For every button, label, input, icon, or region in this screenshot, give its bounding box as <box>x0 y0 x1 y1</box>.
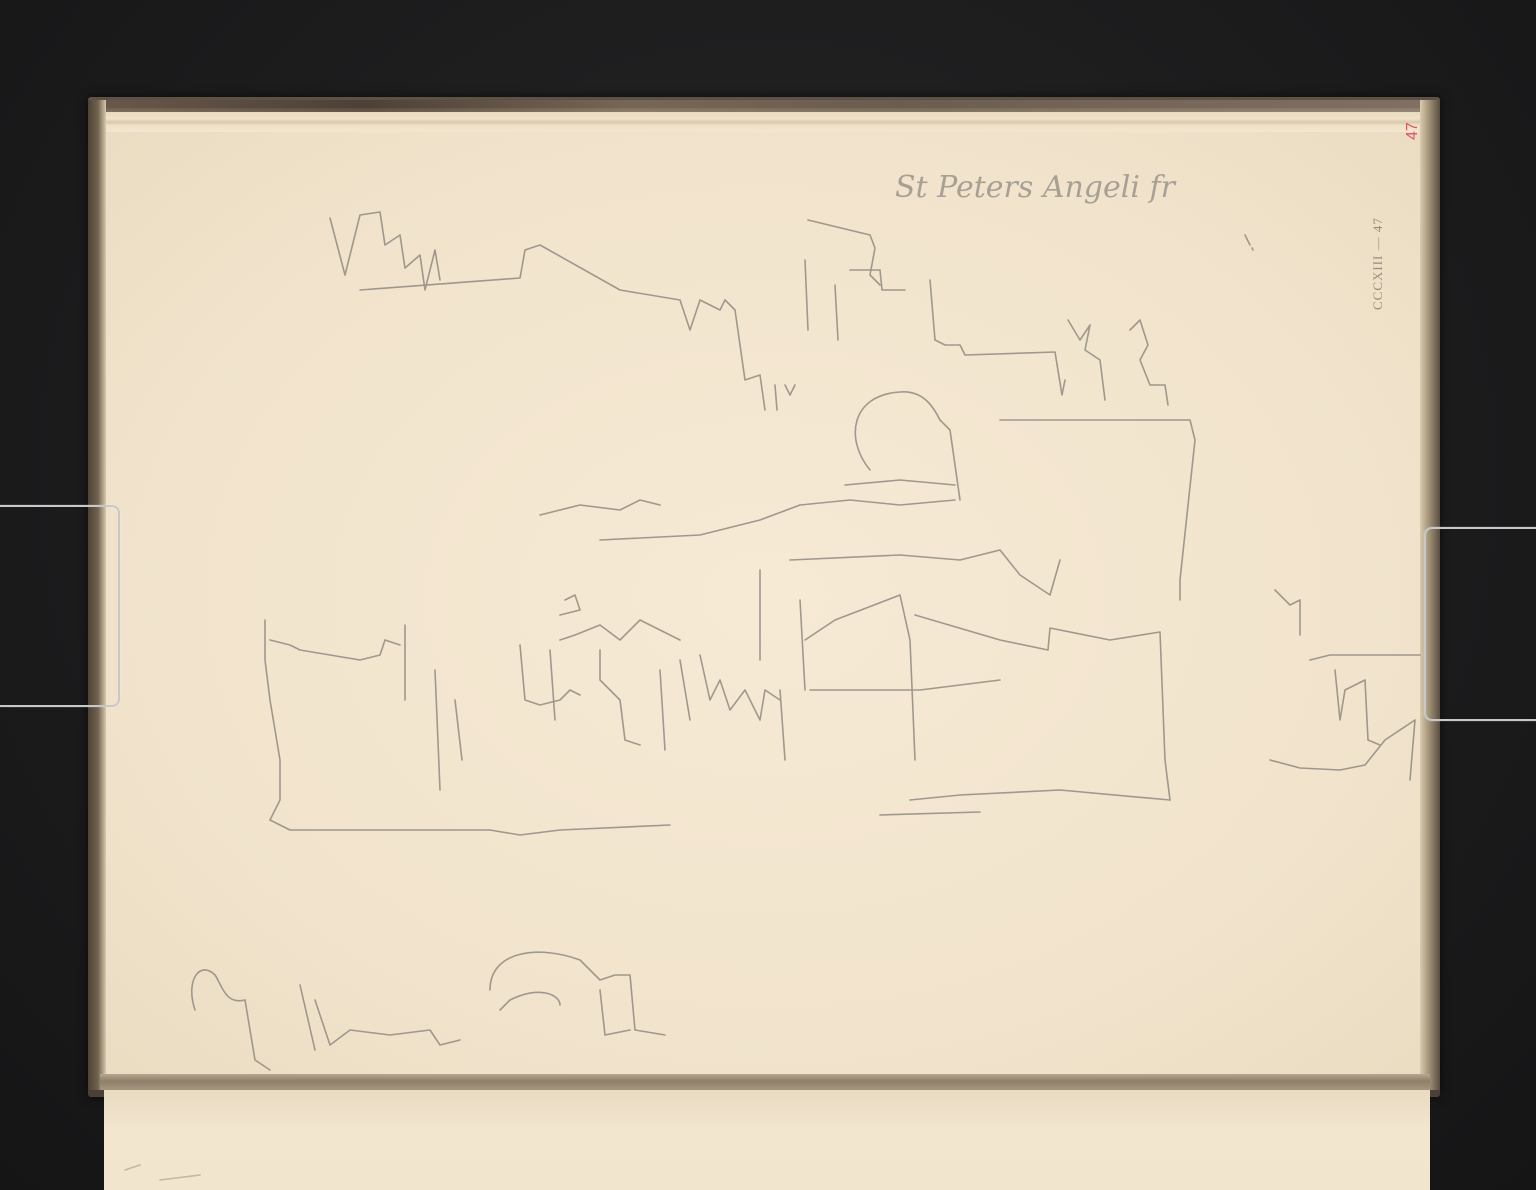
pencil-sketch <box>0 0 1536 1190</box>
red-page-number: 47 <box>1404 122 1422 140</box>
catalogue-number: CCCXIII — 47 <box>1370 217 1386 310</box>
left-page-clip <box>0 505 120 707</box>
right-page-clip <box>1424 527 1536 721</box>
handwritten-inscription: St Peters Angeli fr <box>895 170 1175 205</box>
